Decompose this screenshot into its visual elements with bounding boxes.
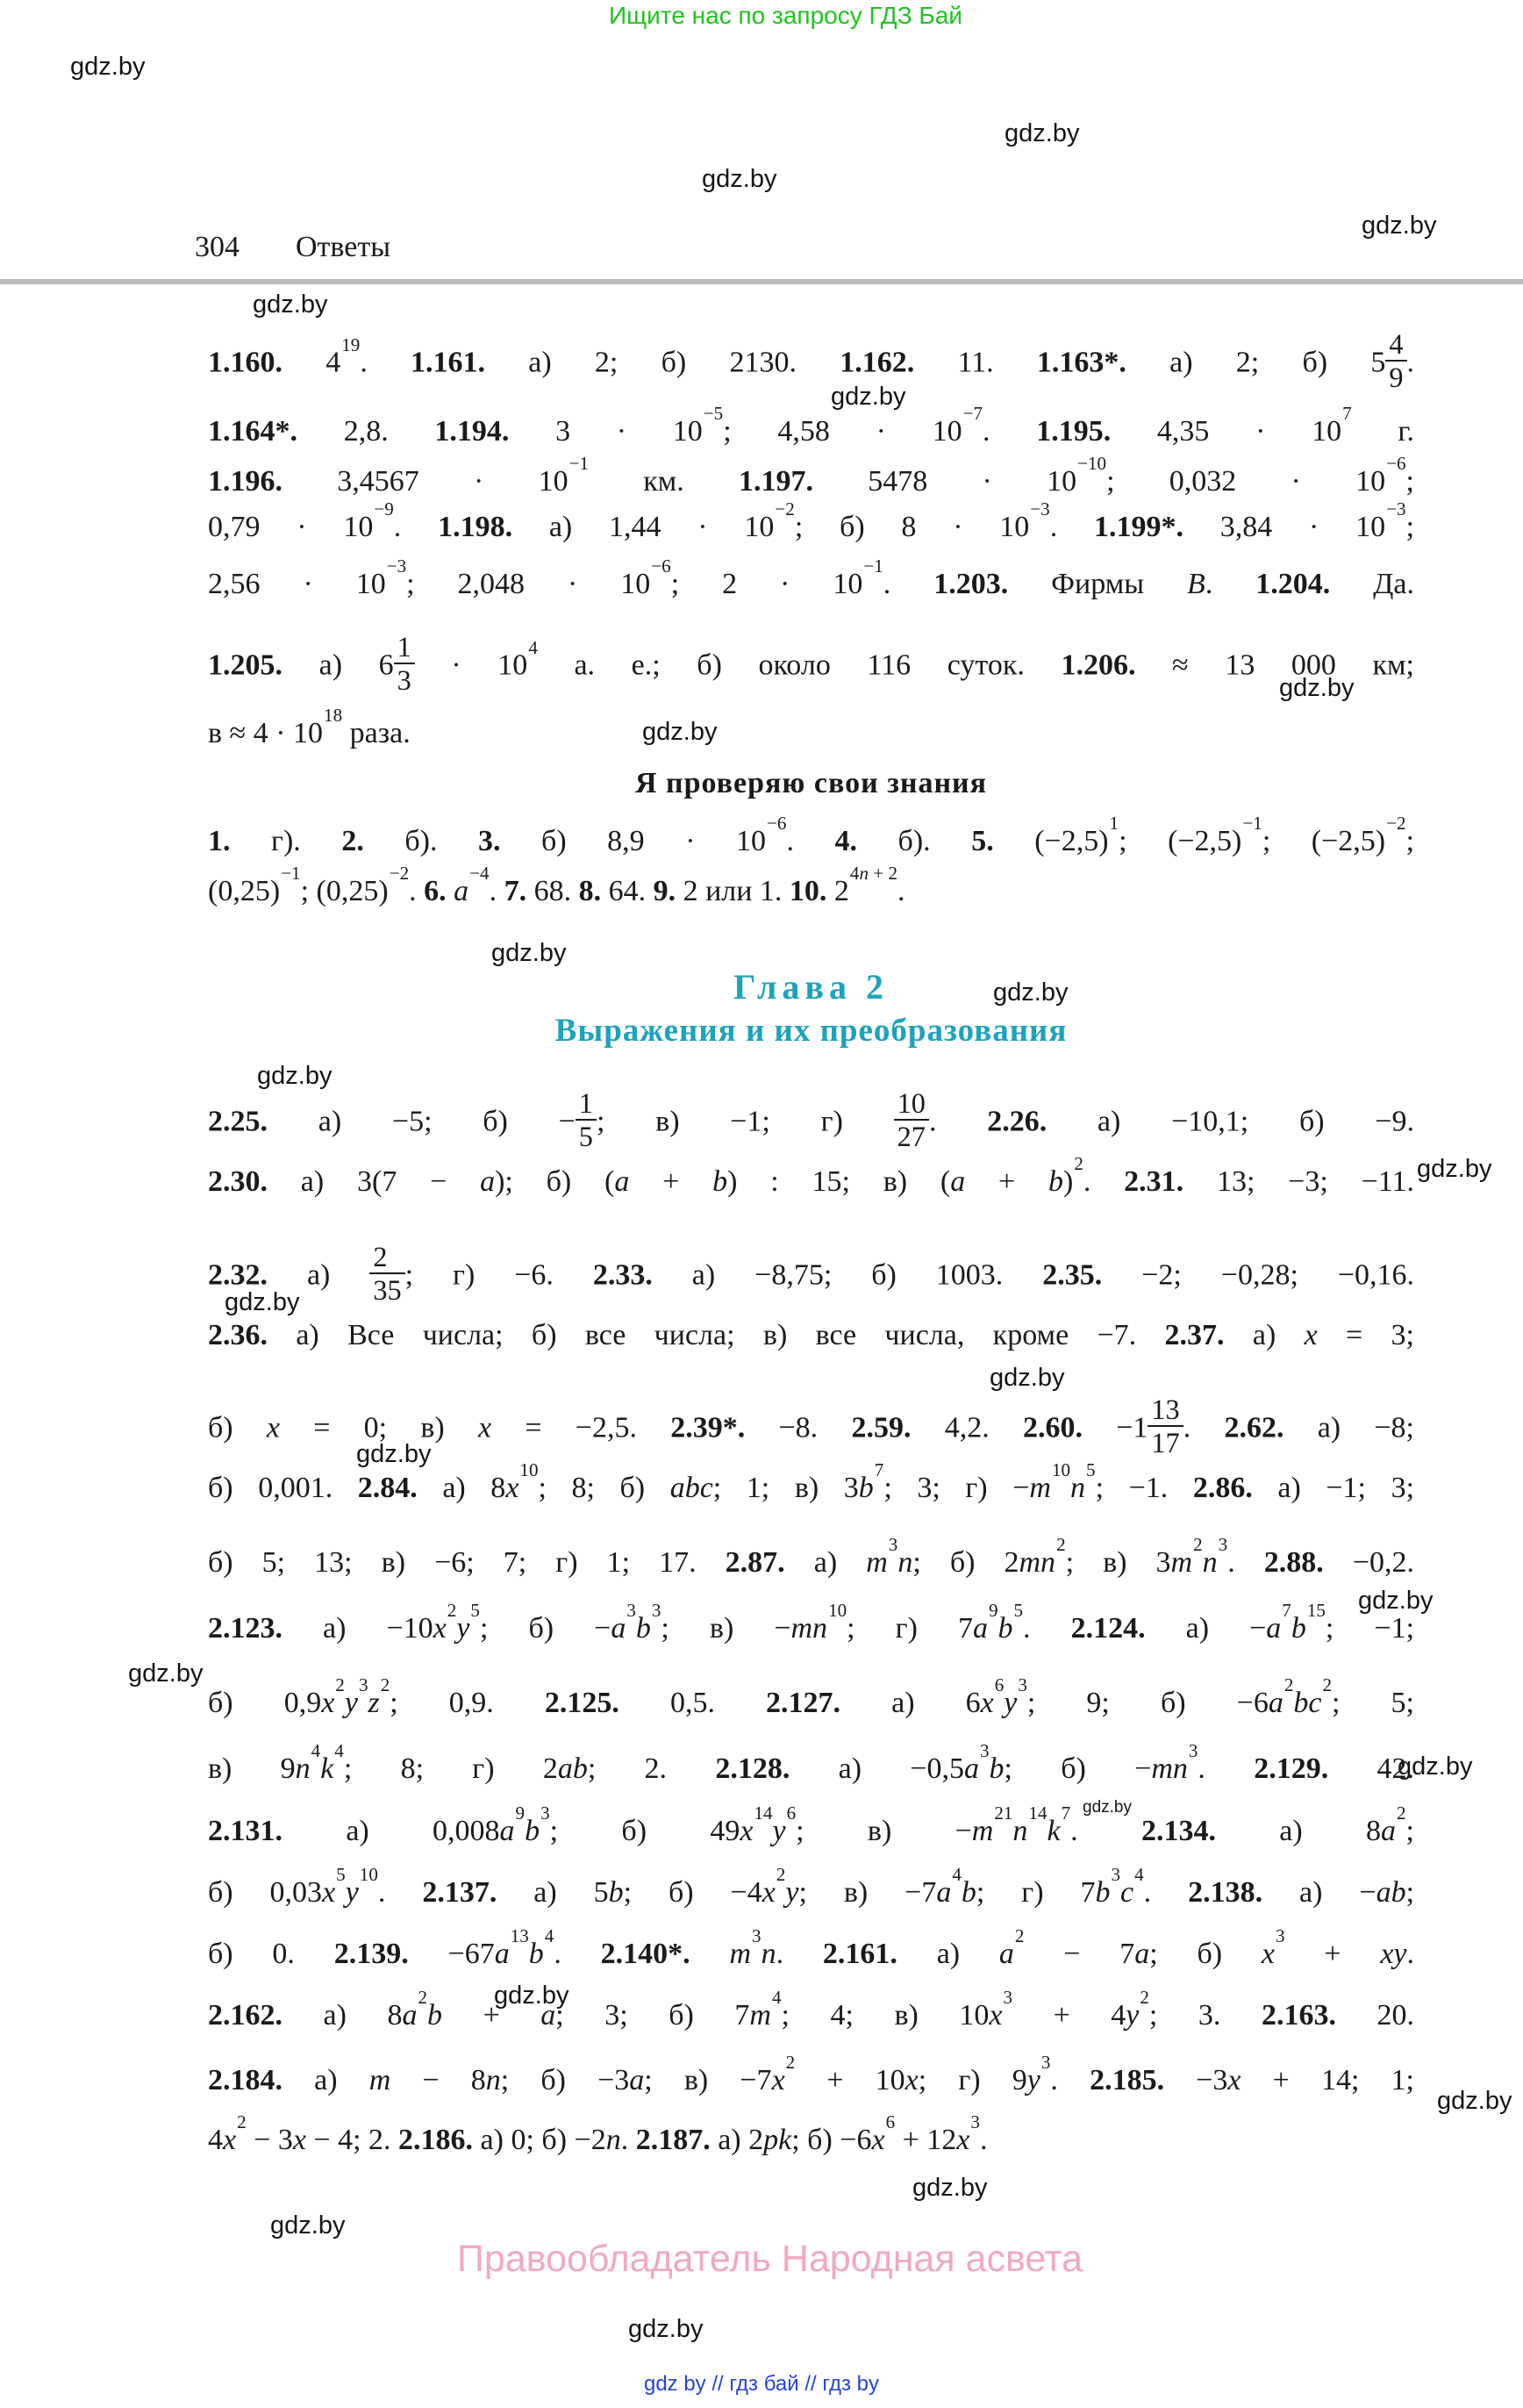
answer-line: 2.36. а) Все числа; б) все числа; в) все… bbox=[208, 1317, 1414, 1355]
answer-line: 2.131. а) 0,008a9b3; б) 49x14y6; в) −m21… bbox=[208, 1813, 1414, 1851]
promo-banner-text: Ищите нас по запросу ГДЗ Бай bbox=[609, 4, 962, 28]
watermark: gdz.by bbox=[628, 2317, 703, 2342]
answer-line: б) x = 0; в) x = −2,5. 2.39*. −8. 2.59. … bbox=[208, 1395, 1414, 1458]
chapter-subtitle: Выражения и их преобразования bbox=[208, 1012, 1414, 1050]
page-number: 304 bbox=[195, 230, 240, 266]
answer-line: 1.196. 3,4567 · 10−1 км. 1.197. 5478 · 1… bbox=[208, 463, 1414, 501]
watermark: gdz.by bbox=[990, 1365, 1064, 1391]
watermark: gdz.by bbox=[912, 2175, 987, 2201]
page-title: Ответы bbox=[296, 230, 390, 266]
footer-links[interactable]: gdz by // гдз бай // гдз by bbox=[0, 2372, 1523, 2397]
answer-line: 2.123. а) −10x2y5; б) −a3b3; в) −mn10; г… bbox=[208, 1610, 1414, 1648]
watermark: gdz.by bbox=[1437, 2089, 1512, 2114]
answer-line: б) 0. 2.139. −67a13b4. 2.140*. m3n. 2.16… bbox=[208, 1936, 1414, 1974]
copyright-note: Правообладатель Народная асвета bbox=[167, 2237, 1373, 2283]
section-heading: Я проверяю свои знания bbox=[208, 766, 1414, 802]
watermark: gdz.by bbox=[253, 292, 327, 318]
answer-line: 2.30. а) 3(7 − a); б) (a + b) : 15; в) (… bbox=[208, 1164, 1414, 1201]
answer-line: в) 9n4k4; 8; г) 2ab; 2. 2.128. а) −0,5a3… bbox=[208, 1751, 1414, 1788]
page: Ищите нас по запросу ГДЗ Бай 304 Ответы … bbox=[0, 0, 1523, 2408]
answer-line: 0,79 · 10−9. 1.198. а) 1,44 · 10−2; б) 8… bbox=[208, 509, 1414, 547]
answer-line: 1.205. а) 613 · 104 а. е.; б) около 116 … bbox=[208, 633, 1414, 695]
answer-line: б) 0,001. 2.84. а) 8x10; 8; б) abc; 1; в… bbox=[208, 1470, 1414, 1508]
watermark: gdz.by bbox=[1417, 1157, 1491, 1182]
watermark: gdz.by bbox=[270, 2213, 345, 2239]
answer-line: б) 5; 13; в) −6; 7; г) 1; 17. 2.87. а) m… bbox=[208, 1544, 1414, 1582]
answer-line: 2.184. а) m − 8n; б) −3a; в) −7x2 + 10x;… bbox=[208, 2062, 1414, 2100]
answer-line: 1. г). 2. б). 3. б) 8,9 · 10−6. 4. б). 5… bbox=[208, 823, 1414, 861]
answer-line: 2.25. а) −5; б) −15; в) −1; г) 1027. 2.2… bbox=[208, 1089, 1414, 1151]
answer-line: 4x2 − 3x − 4; 2. 2.186. а) 0; б) −2n. 2.… bbox=[208, 2122, 1414, 2160]
answer-line: (0,25)−1; (0,25)−2. 6. a−4. 7. 68. 8. 64… bbox=[208, 873, 1414, 911]
answer-line: б) 0,9x2y3z2; 0,9. 2.125. 0,5. 2.127. а)… bbox=[208, 1685, 1414, 1723]
watermark: gdz.by bbox=[1362, 213, 1436, 239]
watermark: gdz.by bbox=[702, 167, 776, 192]
watermark: gdz.by bbox=[257, 1064, 332, 1089]
watermark: gdz.by bbox=[128, 1661, 203, 1687]
answer-line: 2.32. а) 235; г) −6. 2.33. а) −8,75; б) … bbox=[208, 1243, 1414, 1305]
answer-line: б) 0,03x5y10. 2.137. а) 5b; б) −4x2y; в)… bbox=[208, 1874, 1414, 1912]
answer-line: 1.164*. 2,8. 1.194. 3 · 10−5; 4,58 · 10−… bbox=[208, 413, 1414, 451]
header-rule bbox=[0, 279, 1523, 284]
answer-line: 2.162. а) 8a2b + a; 3; б) 7m4; 4; в) 10x… bbox=[208, 1997, 1414, 2035]
answer-line: 2,56 · 10−3; 2,048 · 10−6; 2 · 10−1. 1.2… bbox=[208, 566, 1414, 604]
watermark: gdz.by bbox=[491, 941, 566, 966]
answer-line: в ≈ 4 · 1018 раза. bbox=[208, 715, 1414, 753]
chapter-heading: Глава 2 bbox=[208, 966, 1414, 1008]
answer-line: 1.160. 419. 1.161. а) 2; б) 2130. 1.162.… bbox=[208, 330, 1414, 392]
watermark: gdz.by bbox=[1005, 121, 1079, 147]
watermark: gdz.by bbox=[70, 54, 145, 80]
